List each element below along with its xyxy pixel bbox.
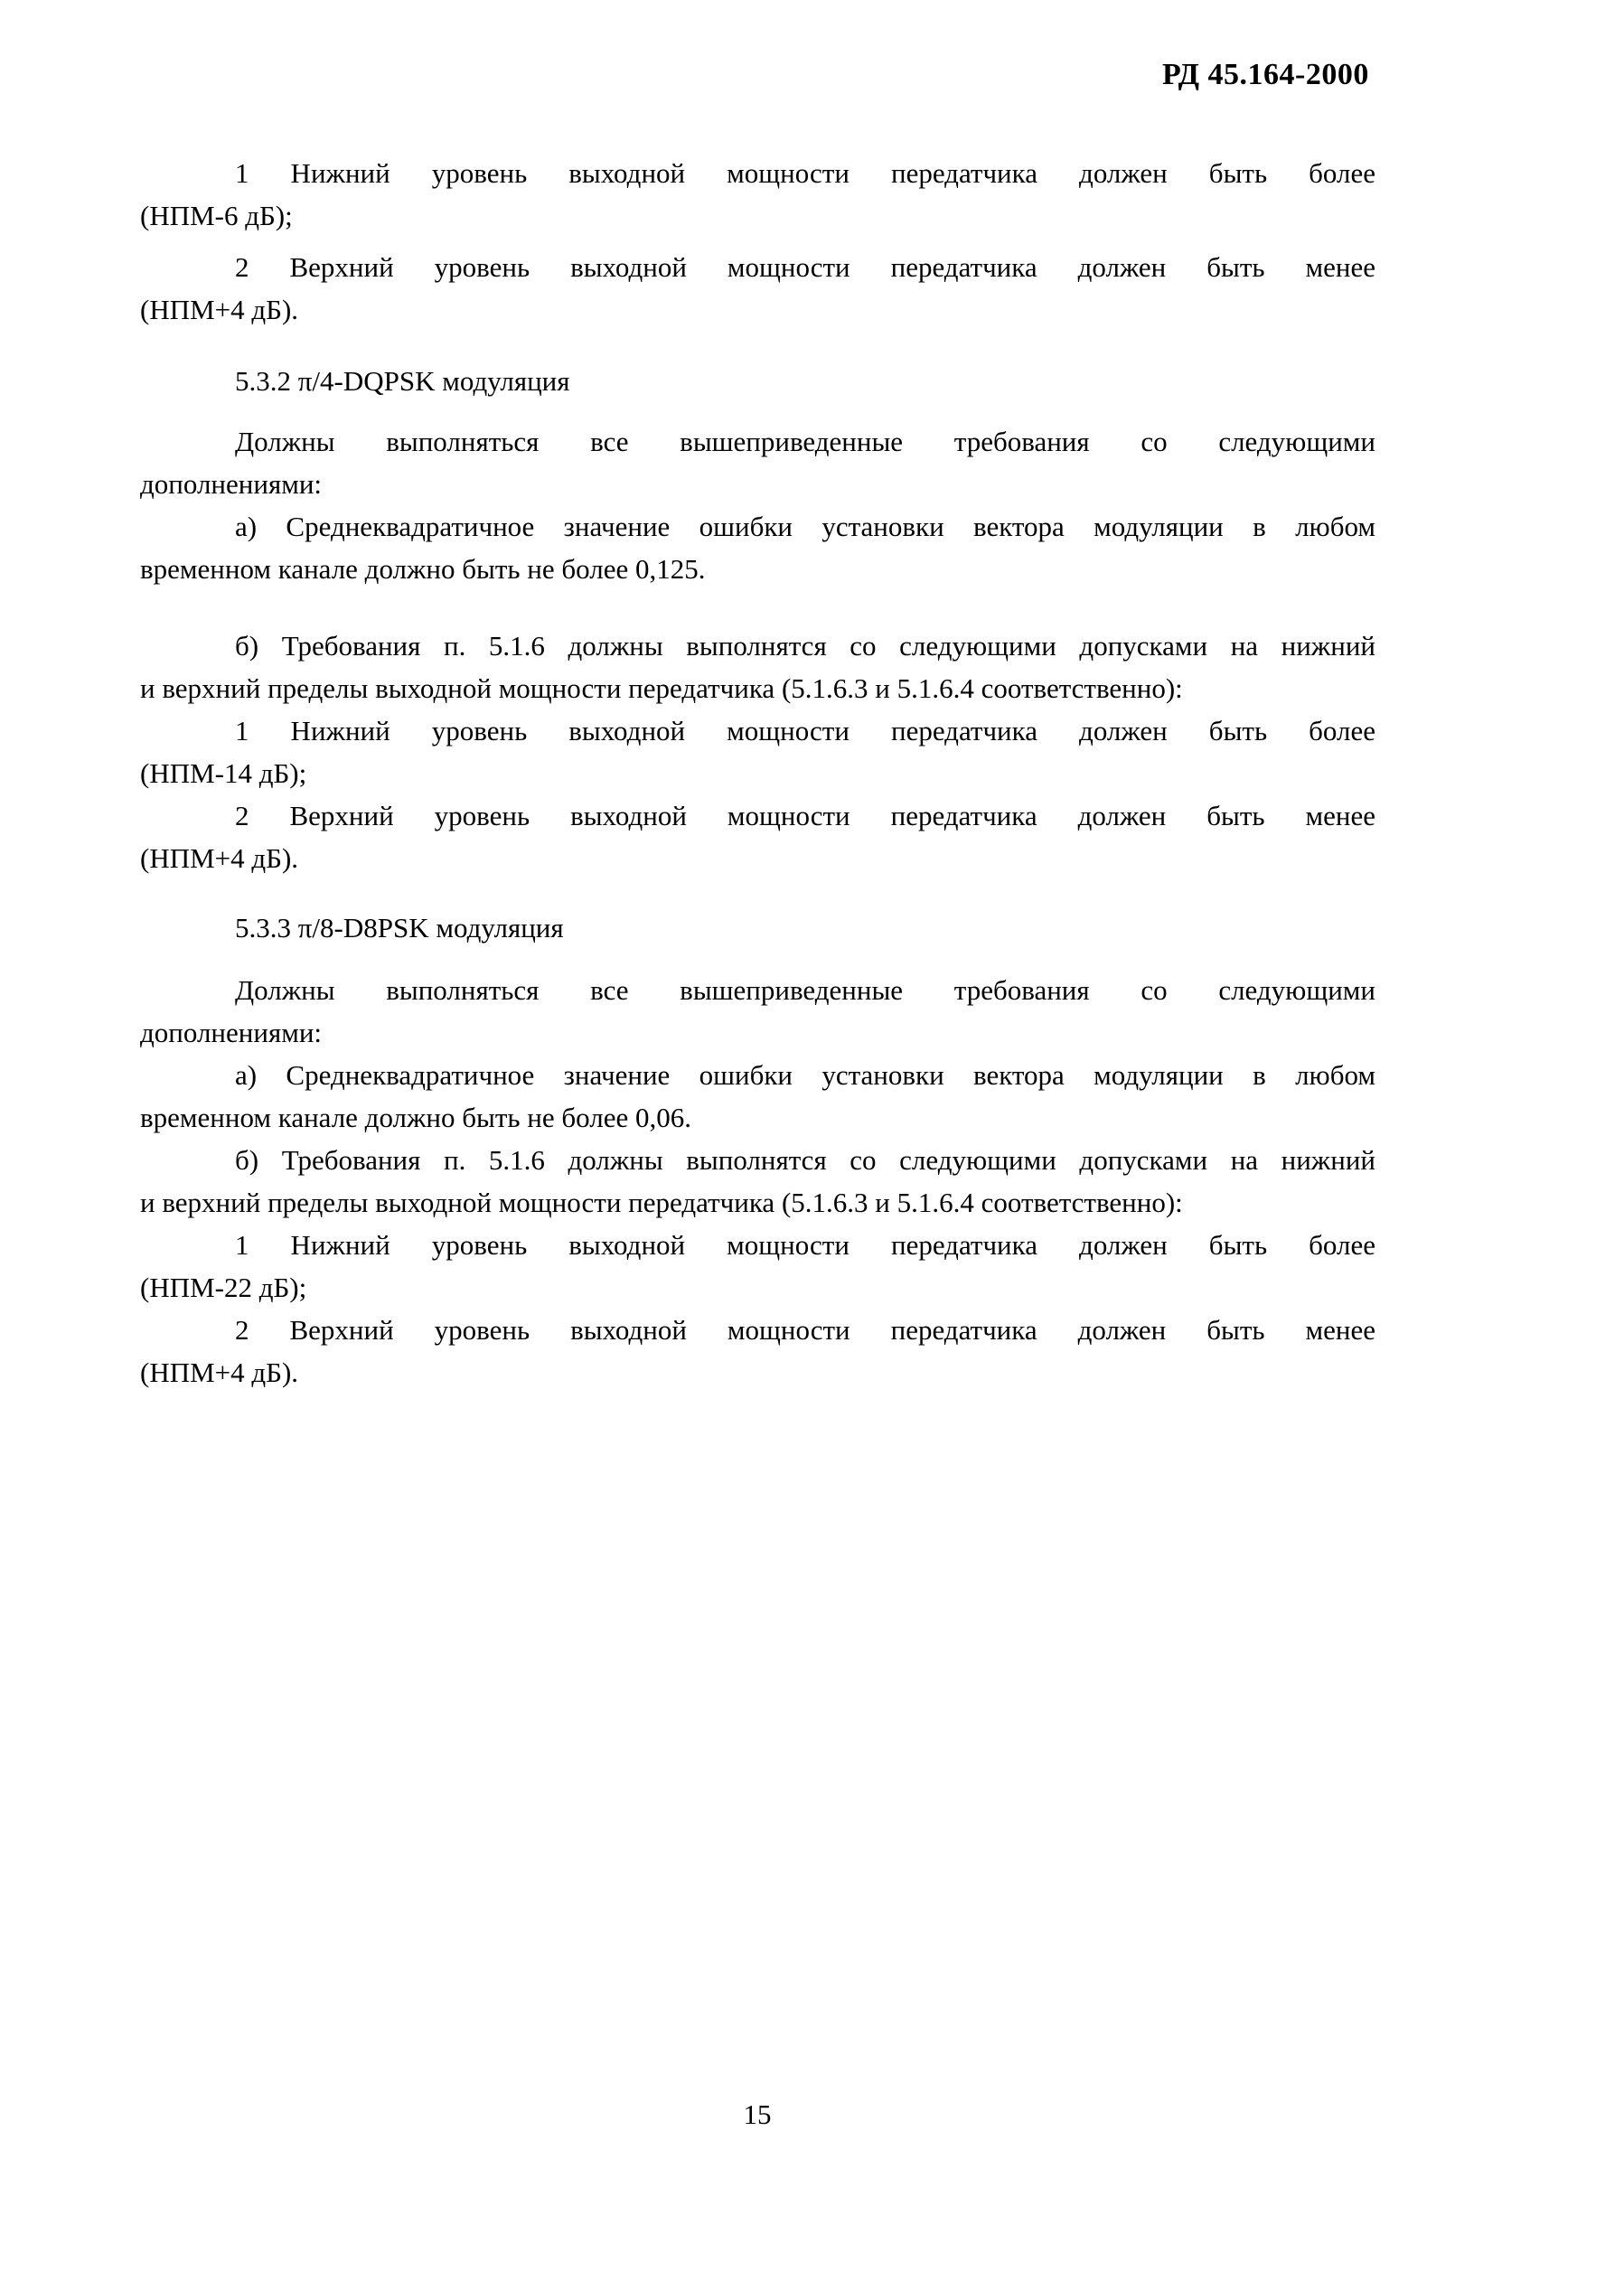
text-line: б) Требования п. 5.1.6 должны выполнятся… <box>140 1139 1375 1181</box>
text-line: дополнениями: <box>140 463 1375 505</box>
paragraph: 1 Нижний уровень выходной мощности перед… <box>140 709 1375 794</box>
paragraph: а) Среднеквадратичное значение ошибки ус… <box>140 1054 1375 1139</box>
text-line: (НПМ+4 дБ). <box>140 1351 1375 1394</box>
text-line: 5.3.3 π/8-D8PSK модуляция <box>140 906 1375 949</box>
text-line: 2 Верхний уровень выходной мощности пере… <box>140 794 1375 837</box>
text-line: временном канале должно быть не более 0,… <box>140 548 1375 590</box>
text-line: дополнениями: <box>140 1011 1375 1054</box>
text-line: б) Требования п. 5.1.6 должны выполнятся… <box>140 624 1375 667</box>
document-page: РД 45.164-2000 1 Нижний уровень выходной… <box>0 0 1624 2272</box>
text-line: 2 Верхний уровень выходной мощности пере… <box>140 246 1375 288</box>
text-line: 1 Нижний уровень выходной мощности перед… <box>140 152 1375 194</box>
section-heading: 5.3.3 π/8-D8PSK модуляция <box>140 906 1375 949</box>
text-line: Должны выполняться все вышеприведенные т… <box>140 969 1375 1011</box>
paragraph: 2 Верхний уровень выходной мощности пере… <box>140 794 1375 879</box>
paragraph: 2 Верхний уровень выходной мощности пере… <box>140 246 1375 331</box>
page-number: 15 <box>728 2098 786 2131</box>
text-line: (НПМ+4 дБ). <box>140 288 1375 331</box>
text-line: а) Среднеквадратичное значение ошибки ус… <box>140 1054 1375 1096</box>
paragraph: 2 Верхний уровень выходной мощности пере… <box>140 1309 1375 1394</box>
paragraph: а) Среднеквадратичное значение ошибки ус… <box>140 505 1375 590</box>
document-reference-header: РД 45.164-2000 <box>1162 58 1369 92</box>
paragraph: б) Требования п. 5.1.6 должны выполнятся… <box>140 1139 1375 1224</box>
text-line: (НПМ-14 дБ); <box>140 752 1375 794</box>
text-line: Должны выполняться все вышеприведенные т… <box>140 420 1375 463</box>
text-line: 1 Нижний уровень выходной мощности перед… <box>140 1224 1375 1266</box>
document-body: 1 Нижний уровень выходной мощности перед… <box>140 152 1375 1394</box>
paragraph: Должны выполняться все вышеприведенные т… <box>140 969 1375 1054</box>
paragraph: б) Требования п. 5.1.6 должны выполнятся… <box>140 624 1375 709</box>
text-line: временном канале должно быть не более 0,… <box>140 1096 1375 1139</box>
text-line: 5.3.2 π/4-DQPSK модуляция <box>140 360 1375 402</box>
text-line: 1 Нижний уровень выходной мощности перед… <box>140 709 1375 752</box>
text-line: (НПМ+4 дБ). <box>140 837 1375 879</box>
text-line: и верхний пределы выходной мощности пере… <box>140 667 1375 709</box>
paragraph: 1 Нижний уровень выходной мощности перед… <box>140 1224 1375 1309</box>
paragraph: Должны выполняться все вышеприведенные т… <box>140 420 1375 505</box>
text-line: и верхний пределы выходной мощности пере… <box>140 1181 1375 1224</box>
text-line: (НПМ-22 дБ); <box>140 1266 1375 1309</box>
section-heading: 5.3.2 π/4-DQPSK модуляция <box>140 360 1375 402</box>
paragraph: 1 Нижний уровень выходной мощности перед… <box>140 152 1375 237</box>
text-line: (НПМ-6 дБ); <box>140 194 1375 237</box>
text-line: а) Среднеквадратичное значение ошибки ус… <box>140 505 1375 548</box>
text-line: 2 Верхний уровень выходной мощности пере… <box>140 1309 1375 1351</box>
